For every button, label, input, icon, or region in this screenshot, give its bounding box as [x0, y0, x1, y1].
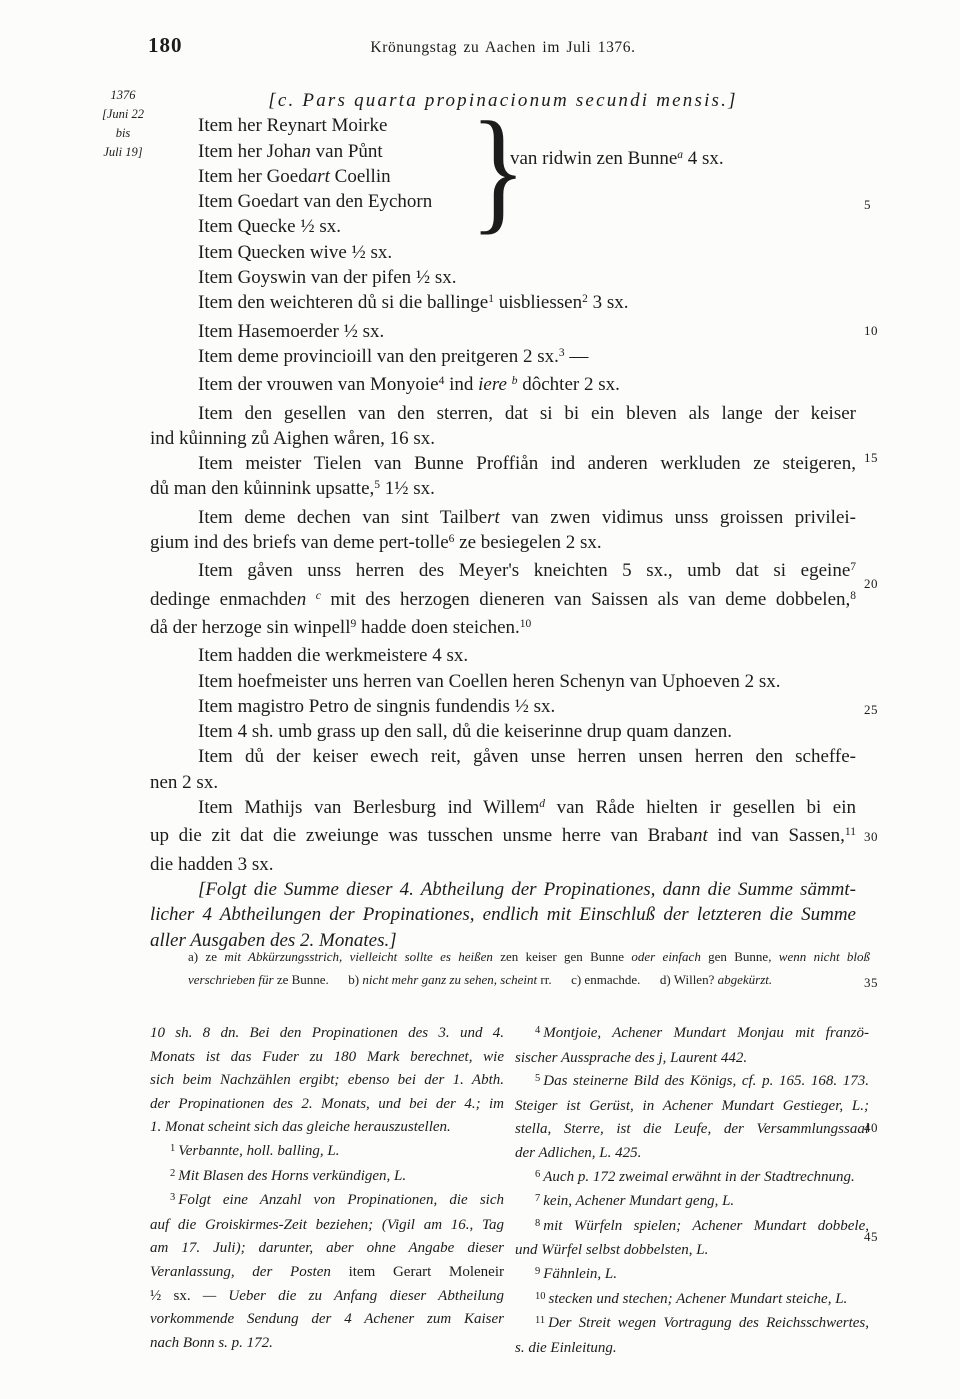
- text-line: då der herzoge sin winpell9 hadde doen s…: [150, 615, 856, 643]
- text-line: Item Goyswin van der pifen ½ sx.: [150, 265, 856, 290]
- text-line: der Adlichen, L. 425.: [515, 1142, 869, 1166]
- text-segment: iere: [478, 374, 507, 395]
- text-segment: hadde doen steichen.: [356, 617, 520, 638]
- text-line: 4Montjoie, Achener Mundart Monjau mit fr…: [515, 1022, 869, 1047]
- text-line: Item deme provincioill van den preitgere…: [150, 344, 856, 372]
- text-segment: stecken und stechen; Achener Mundart ste…: [549, 1291, 848, 1307]
- text-segment: dů man den kůinnink upsatte,: [150, 478, 374, 499]
- text-segment: Item meister Tielen van Bunne Proffiån i…: [198, 453, 856, 474]
- text-segment: art: [308, 166, 330, 187]
- text-segment: n: [301, 141, 311, 162]
- text-segment: ½ sx.: [150, 1288, 191, 1304]
- text-segment: verschrieben für: [188, 972, 277, 987]
- main-text: [c. Pars quarta propinacionum secundi me…: [150, 88, 856, 953]
- text-segment: dôchter 2 sx.: [517, 374, 619, 395]
- text-segment: Item her Reynart Moirke: [198, 115, 387, 136]
- text-line: ind kůinning zů Aighen wåren, 16 sx.: [150, 426, 856, 451]
- footnote-marker: 1: [170, 1143, 175, 1154]
- text-line: dů man den kůinnink upsatte,5 1½ sx.: [150, 476, 856, 504]
- text-line: dedinge enmachden c mit des herzogen die…: [150, 587, 856, 615]
- text-segment: Item gåven unss herren des Meyer's kneic…: [198, 560, 850, 581]
- text-segment: Item her Joha: [198, 141, 301, 162]
- scanned-book-page: 180 Krönungstag zu Aachen im Juli 1376. …: [0, 0, 960, 1399]
- text-segment: Item deme provincioill van den preitgere…: [198, 346, 559, 367]
- footnote-marker: 7: [535, 1193, 540, 1204]
- text-line: Item den weichteren dů si die ballinge1 …: [150, 290, 856, 318]
- text-segment: Item den weichteren dů si die ballinge: [198, 292, 488, 313]
- text-line: 10stecken und stechen; Achener Mundart s…: [515, 1288, 869, 1313]
- text-line: Item 4 sh. umb grass up den sall, dů die…: [150, 719, 856, 744]
- text-segment: Item hoefmeister uns herren van Coellen …: [198, 671, 781, 692]
- superscript-ref: 10: [520, 618, 532, 630]
- text-line: Item den gesellen van den sterren, dat s…: [150, 401, 856, 426]
- text-segment: Item Goyswin van der pifen ½ sx.: [198, 267, 457, 288]
- text-line: am 17. Juli); darunter, aber ohne Angabe…: [150, 1237, 504, 1261]
- text-segment: Fähnlein, L.: [543, 1266, 617, 1282]
- text-segment: ind: [444, 374, 478, 395]
- text-segment: Item deme dechen van sint Tailbe: [198, 507, 487, 528]
- text-segment: Steiger ist Gerüst, in Achener Mundart G…: [515, 1098, 869, 1114]
- text-line: Item meister Tielen van Bunne Proffiån i…: [150, 451, 856, 476]
- text-segment: mit des herzogen dieneren van Saissen al…: [321, 589, 850, 610]
- text-segment: Auch p. 172 zweimal erwähnt in der Stadt…: [543, 1169, 855, 1185]
- text-segment: wenn nicht bloß: [779, 949, 870, 964]
- superscript-ref: 2: [582, 293, 588, 305]
- text-segment: nt: [693, 825, 708, 846]
- text-line: Item der vrouwen van Monyoie4 ind iere b…: [150, 372, 856, 400]
- text-segment: Item der vrouwen van Monyoie: [198, 374, 439, 395]
- margin-line-number: 35: [864, 975, 878, 991]
- text-segment: Item her Goed: [198, 166, 308, 187]
- text-segment: [306, 589, 316, 610]
- text-line: nach Bonn s. p. 172.: [150, 1332, 504, 1356]
- text-segment: Item den gesellen van den sterren, dat s…: [198, 403, 856, 424]
- text-segment: Veranlassung, der Posten: [150, 1264, 349, 1280]
- text-segment: der Propinationen des 2. Monats, und bei…: [150, 1096, 504, 1112]
- margin-line-number: 20: [864, 576, 878, 592]
- footnote-marker: 9: [535, 1266, 540, 1277]
- text-segment: uisbliessen: [494, 292, 582, 313]
- text-segment: 1. Monat scheint sich das gleiche heraus…: [150, 1119, 451, 1135]
- superscript-ref: 11: [845, 826, 856, 838]
- superscript-ref: 7: [850, 561, 856, 573]
- text-line: 10 sh. 8 dn. Bei den Propinationen des 3…: [150, 1022, 504, 1046]
- text-segment: Item 4 sh. umb grass up den sall, dů die…: [198, 721, 732, 742]
- text-segment: gium ind des briefs van deme pert-tolle: [150, 532, 449, 553]
- text-line: s. die Einleitung.: [515, 1337, 869, 1361]
- text-segment: Folgt eine Anzahl von Propinationen, die…: [178, 1192, 504, 1208]
- text-line: die hadden 3 sx.: [150, 852, 856, 877]
- text-segment: Das steinerne Bild des Königs, cf. p. 16…: [543, 1073, 869, 1089]
- text-segment: der Adlichen, L. 425.: [515, 1145, 641, 1161]
- footnote-marker: 6: [535, 1169, 540, 1180]
- text-line: und Würfel selbst dobbelsten, L.: [515, 1239, 869, 1263]
- grouping-brace-icon: }: [470, 120, 526, 228]
- superscript-ref: d: [539, 798, 545, 810]
- text-segment: — Ueber die zu Anfang dieser Abtheilung: [191, 1288, 504, 1304]
- text-segment: item Gerart Moleneir: [349, 1264, 504, 1280]
- text-segment: van zwen vidimus unss groissen privilei-: [500, 507, 856, 528]
- text-segment: die hadden 3 sx.: [150, 854, 273, 875]
- text-segment: auf die Groiskirmes-Zeit beziehen; (Vigi…: [150, 1217, 504, 1233]
- superscript-ref: 5: [374, 479, 380, 491]
- text-segment: Item Mathijs van Berlesburg ind Willem: [198, 797, 539, 818]
- text-line: 11Der Streit wegen Vortragung des Reichs…: [515, 1312, 869, 1337]
- text-line: Item Hasemoerder ½ sx.: [150, 319, 856, 344]
- text-segment: Item magistro Petro de singnis fundendis…: [198, 696, 555, 717]
- superscript-ref: 9: [350, 618, 356, 630]
- text-line: der Propinationen des 2. Monats, und bei…: [150, 1093, 504, 1117]
- superscript-ref: 8: [850, 590, 856, 602]
- text-segment: 1½ sx.: [380, 478, 435, 499]
- superscript-ref: 6: [449, 533, 455, 545]
- footnote-marker: 2: [170, 1168, 175, 1179]
- footnote-right-column: 4Montjoie, Achener Mundart Monjau mit fr…: [515, 1022, 869, 1360]
- text-segment: 10 sh. 8 dn. Bei den Propinationen des 3…: [150, 1025, 504, 1041]
- letter-notes: a) ze mit Abkürzungsstrich, vielleicht s…: [188, 946, 870, 991]
- superscript-ref: b: [512, 375, 518, 387]
- text-line: Item hoefmeister uns herren van Coellen …: [150, 669, 856, 694]
- text-segment: s. die Einleitung.: [515, 1340, 617, 1356]
- text-line: Item Mathijs van Berlesburg ind Willemd …: [150, 795, 856, 823]
- text-segment: Item Goedart van den Eychorn: [198, 191, 432, 212]
- text-line: a) ze mit Abkürzungsstrich, vielleicht s…: [188, 946, 870, 969]
- text-segment: ze Bunne. b): [277, 972, 363, 987]
- footnote-marker: 10: [535, 1291, 546, 1302]
- margin-line-number: 45: [864, 1229, 878, 1245]
- text-segment: up die zit dat die zweiunge was tusschen…: [150, 825, 693, 846]
- text-segment: då der herzoge sin winpell: [150, 617, 350, 638]
- superscript-ref: 1: [488, 293, 494, 305]
- text-line: Veranlassung, der Posten item Gerart Mol…: [150, 1261, 504, 1285]
- footnote-marker: 8: [535, 1218, 540, 1229]
- text-segment: rt: [487, 507, 500, 528]
- text-line: 9Fähnlein, L.: [515, 1263, 869, 1288]
- superscript-ref: 3: [559, 347, 565, 359]
- text-line: vorkommende Sendung der 4 Achener zum Ka…: [150, 1308, 504, 1332]
- text-line: 3Folgt eine Anzahl von Propinationen, di…: [150, 1189, 504, 1214]
- text-segment: sischer Aussprache des j, Laurent 442.: [515, 1050, 747, 1066]
- superscript-ref: c: [316, 590, 321, 602]
- text-segment: kein, Achener Mundart geng, L.: [543, 1193, 734, 1209]
- text-segment: licher 4 Abtheilungen der Propinationes,…: [150, 904, 856, 925]
- margin-line-number: 40: [864, 1120, 878, 1136]
- footnote-marker: 5: [535, 1073, 540, 1084]
- footnote-marker: 4: [535, 1025, 540, 1036]
- text-segment: gen Bunne,: [708, 949, 779, 964]
- text-segment: Der Streit wegen Vortragung des Reichssc…: [548, 1315, 869, 1331]
- text-line: Item magistro Petro de singnis fundendis…: [150, 694, 856, 719]
- text-segment: dedinge enmachde: [150, 589, 297, 610]
- text-segment: und Würfel selbst dobbelsten, L.: [515, 1242, 708, 1258]
- text-segment: 4 sx.: [683, 148, 724, 169]
- text-segment: Coellin: [330, 166, 391, 187]
- text-segment: Montjoie, Achener Mundart Monjau mit fra…: [543, 1025, 869, 1041]
- margin-line-number: 25: [864, 702, 878, 718]
- text-segment: Item hadden die werkmeistere 4 sx.: [198, 645, 468, 666]
- text-segment: zen keiser gen Bunne: [500, 949, 631, 964]
- text-segment: am 17. Juli); darunter, aber ohne Angabe…: [150, 1240, 504, 1256]
- text-segment: n: [297, 589, 307, 610]
- text-line: nen 2 sx.: [150, 770, 856, 795]
- text-segment: vorkommende Sendung der 4 Achener zum Ka…: [150, 1311, 504, 1327]
- superscript-ref: 4: [439, 375, 445, 387]
- text-line: 1. Monat scheint sich das gleiche heraus…: [150, 1116, 504, 1140]
- text-segment: Item dů der keiser ewech reit, gåven uns…: [198, 746, 856, 767]
- text-segment: van Råde hielten ir gesellen bi ein: [545, 797, 856, 818]
- text-line: Steiger ist Gerüst, in Achener Mundart G…: [515, 1095, 869, 1119]
- text-line: Item gåven unss herren des Meyer's kneic…: [150, 558, 856, 586]
- margin-line-number: 15: [864, 450, 878, 466]
- text-segment: Mit Blasen des Horns verkündigen, L.: [178, 1168, 406, 1184]
- text-segment: ind van Sassen,: [708, 825, 845, 846]
- text-segment: nen 2 sx.: [150, 772, 218, 793]
- text-line: gium ind des briefs van deme pert-tolle6…: [150, 530, 856, 558]
- text-line: sich beim Nachzählen ergibt; ebenso bei …: [150, 1069, 504, 1093]
- footnote-marker: 11: [535, 1315, 545, 1326]
- text-segment: ind kůinning zů Aighen wåren, 16 sx.: [150, 428, 435, 449]
- text-segment: mit Abkürzungsstrich, vielleicht sollte …: [224, 949, 500, 964]
- text-segment: stella, Sterre, ist die Leufe, der Versa…: [515, 1121, 869, 1137]
- text-line: 6Auch p. 172 zweimal erwähnt in der Stad…: [515, 1166, 869, 1191]
- running-head: Krönungstag zu Aachen im Juli 1376.: [150, 39, 856, 57]
- text-segment: abgekürzt.: [718, 972, 773, 987]
- text-line: 5Das steinerne Bild des Königs, cf. p. 1…: [515, 1070, 869, 1095]
- text-line: ½ sx. — Ueber die zu Anfang dieser Abthe…: [150, 1285, 504, 1309]
- text-segment: Item Hasemoerder ½ sx.: [198, 321, 384, 342]
- text-line: Monats ist das Fuder zu 180 Mark berechn…: [150, 1046, 504, 1070]
- text-segment: ze besiegelen 2 sx.: [454, 532, 601, 553]
- text-line: 8mit Würfeln spielen; Achener Mundart do…: [515, 1215, 869, 1240]
- text-line: sischer Aussprache des j, Laurent 442.: [515, 1047, 869, 1071]
- text-line: [Folgt die Summe dieser 4. Abtheilung de…: [150, 877, 856, 902]
- text-segment: 3 sx.: [588, 292, 629, 313]
- text-segment: mit Würfeln spielen; Achener Mundart dob…: [543, 1218, 869, 1234]
- text-segment: a) ze: [188, 949, 224, 964]
- text-line: Item deme dechen van sint Tailbert van z…: [150, 505, 856, 530]
- text-segment: oder einfach: [631, 949, 708, 964]
- text-segment: —: [565, 346, 589, 367]
- footnote-marker: 3: [170, 1192, 175, 1203]
- text-segment: Monats ist das Fuder zu 180 Mark berechn…: [150, 1049, 504, 1065]
- text-segment: Item Quecke ½ sx.: [198, 216, 341, 237]
- superscript-ref: a: [677, 149, 683, 161]
- text-line: 7kein, Achener Mundart geng, L.: [515, 1190, 869, 1215]
- text-segment: nicht mehr ganz zu sehen, scheint: [362, 972, 540, 987]
- text-line: verschrieben für ze Bunne. b) nicht mehr…: [188, 969, 870, 992]
- text-segment: van Půnt: [311, 141, 383, 162]
- text-segment: van ridwin zen Bunne: [510, 148, 677, 169]
- text-segment: rr. c) enmachde. d) Willen?: [540, 972, 717, 987]
- margin-line-number: 30: [864, 829, 878, 845]
- text-line: 1Verbannte, holl. balling, L.: [150, 1140, 504, 1165]
- text-segment: Verbannte, holl. balling, L.: [178, 1143, 339, 1159]
- text-line: Item dů der keiser ewech reit, gåven uns…: [150, 744, 856, 769]
- text-segment: sich beim Nachzählen ergibt; ebenso bei …: [150, 1072, 504, 1088]
- text-segment: nach Bonn s. p. 172.: [150, 1335, 273, 1351]
- text-line: licher 4 Abtheilungen der Propinationes,…: [150, 902, 856, 927]
- text-line: Item hadden die werkmeistere 4 sx.: [150, 643, 856, 668]
- text-line: auf die Groiskirmes-Zeit beziehen; (Vigi…: [150, 1214, 504, 1238]
- text-segment: [Folgt die Summe dieser 4. Abtheilung de…: [198, 879, 856, 900]
- margin-line-number: 10: [864, 323, 878, 339]
- text-line: 2Mit Blasen des Horns verkündigen, L.: [150, 1165, 504, 1190]
- text-line: stella, Sterre, ist die Leufe, der Versa…: [515, 1118, 869, 1142]
- text-segment: Item Quecken wive ½ sx.: [198, 242, 392, 263]
- footnote-left-column: 10 sh. 8 dn. Bei den Propinationen des 3…: [150, 1022, 504, 1355]
- brace-group-label: van ridwin zen Bunnea 4 sx.: [510, 148, 724, 170]
- margin-line-number: 5: [864, 197, 871, 213]
- text-line: up die zit dat die zweiunge was tusschen…: [150, 823, 856, 851]
